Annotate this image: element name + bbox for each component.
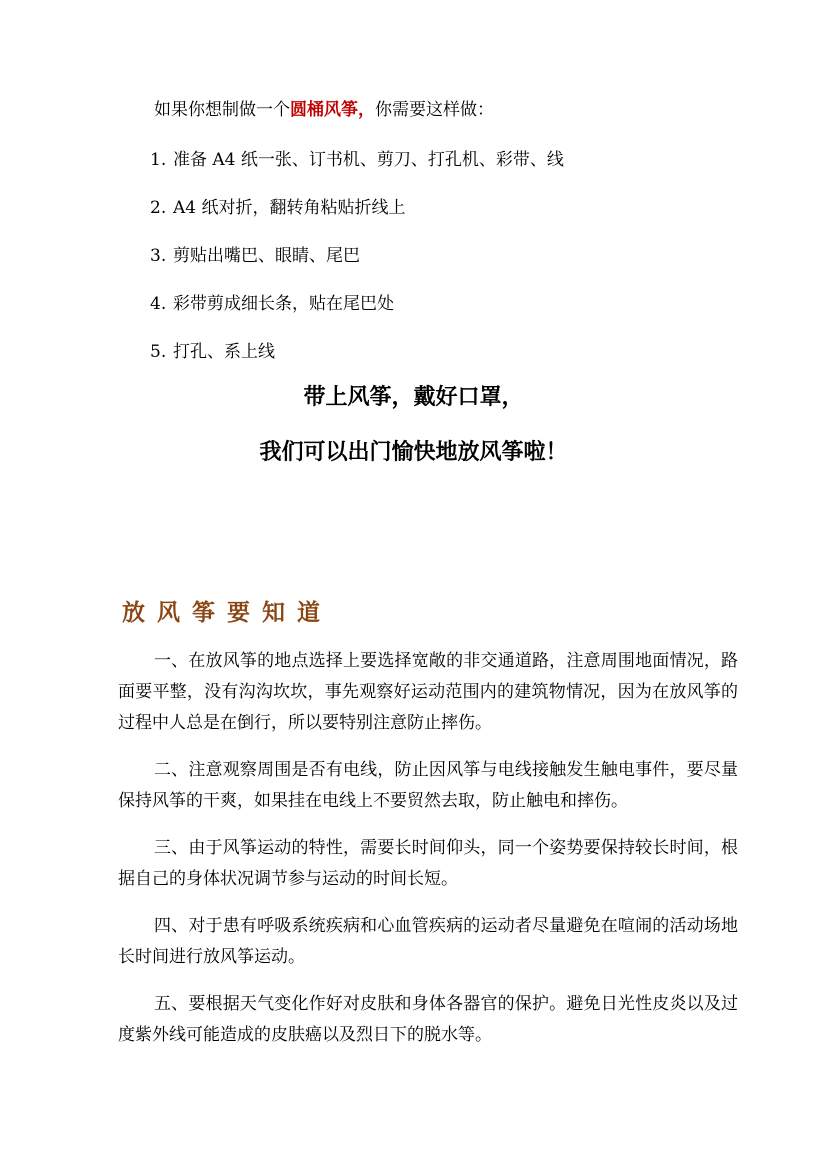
list-number: 2.: [150, 198, 173, 218]
list-item-text: A4 纸对折，翻转角粘贴折线上: [173, 198, 406, 218]
paragraph-4: 四、对于患有呼吸系统疾病和心血管疾病的运动者尽量避免在喧闹的活动场地长时间进行放…: [118, 911, 738, 973]
list-item-3: 3. 剪贴出嘴巴、眼睛、尾巴: [150, 246, 564, 266]
slogan-line-1: 带上风筝，戴好口罩，: [0, 384, 827, 410]
intro-paragraph: 如果你想制做一个圆桶风筝，你需要这样做：: [118, 98, 738, 122]
materials-list: 1. 准备 A4 纸一张、订书机、剪刀、打孔机、彩带、线 2. A4 纸对折，翻…: [150, 150, 564, 390]
paragraph-2: 二、注意观察周围是否有电线，防止因风筝与电线接触发生触电事件，要尽量保持风筝的干…: [118, 755, 738, 817]
highlight-kite-type: 圆桶风筝，: [290, 100, 375, 120]
intro-text-suffix: 你需要这样做：: [375, 100, 494, 120]
list-number: 5.: [150, 342, 173, 362]
paragraph-3: 三、由于风筝运动的特性，需要长时间仰头，同一个姿势要保持较长时间，根据自己的身体…: [118, 833, 738, 895]
list-number: 3.: [150, 246, 173, 266]
paragraph-5: 五、要根据天气变化作好对皮肤和身体各器官的保护。避免日光性皮炎以及过度紫外线可能…: [118, 989, 738, 1051]
list-item-5: 5. 打孔、系上线: [150, 342, 564, 362]
list-item-text: 彩带剪成细长条，贴在尾巴处: [173, 294, 394, 314]
list-item-text: 打孔、系上线: [173, 342, 275, 362]
document-page: 如果你想制做一个圆桶风筝，你需要这样做： 1. 准备 A4 纸一张、订书机、剪刀…: [0, 0, 827, 1170]
list-item-1: 1. 准备 A4 纸一张、订书机、剪刀、打孔机、彩带、线: [150, 150, 564, 170]
list-number: 4.: [150, 294, 173, 314]
list-item-2: 2. A4 纸对折，翻转角粘贴折线上: [150, 198, 564, 218]
paragraph-1: 一、在放风筝的地点选择上要选择宽敞的非交通道路，注意周围地面情况，路面要平整，没…: [118, 646, 738, 739]
intro-text-prefix: 如果你想制做一个: [154, 100, 290, 120]
slogan-line-2: 我们可以出门愉快地放风筝啦！: [0, 439, 827, 465]
list-item-4: 4. 彩带剪成细长条，贴在尾巴处: [150, 294, 564, 314]
list-number: 1.: [150, 150, 173, 170]
list-item-text: 剪贴出嘴巴、眼睛、尾巴: [173, 246, 360, 266]
list-item-text: 准备 A4 纸一张、订书机、剪刀、打孔机、彩带、线: [173, 150, 564, 170]
section-heading: 放 风 筝 要 知 道: [122, 594, 322, 627]
section-paragraphs: 一、在放风筝的地点选择上要选择宽敞的非交通道路，注意周围地面情况，路面要平整，没…: [118, 646, 738, 1067]
